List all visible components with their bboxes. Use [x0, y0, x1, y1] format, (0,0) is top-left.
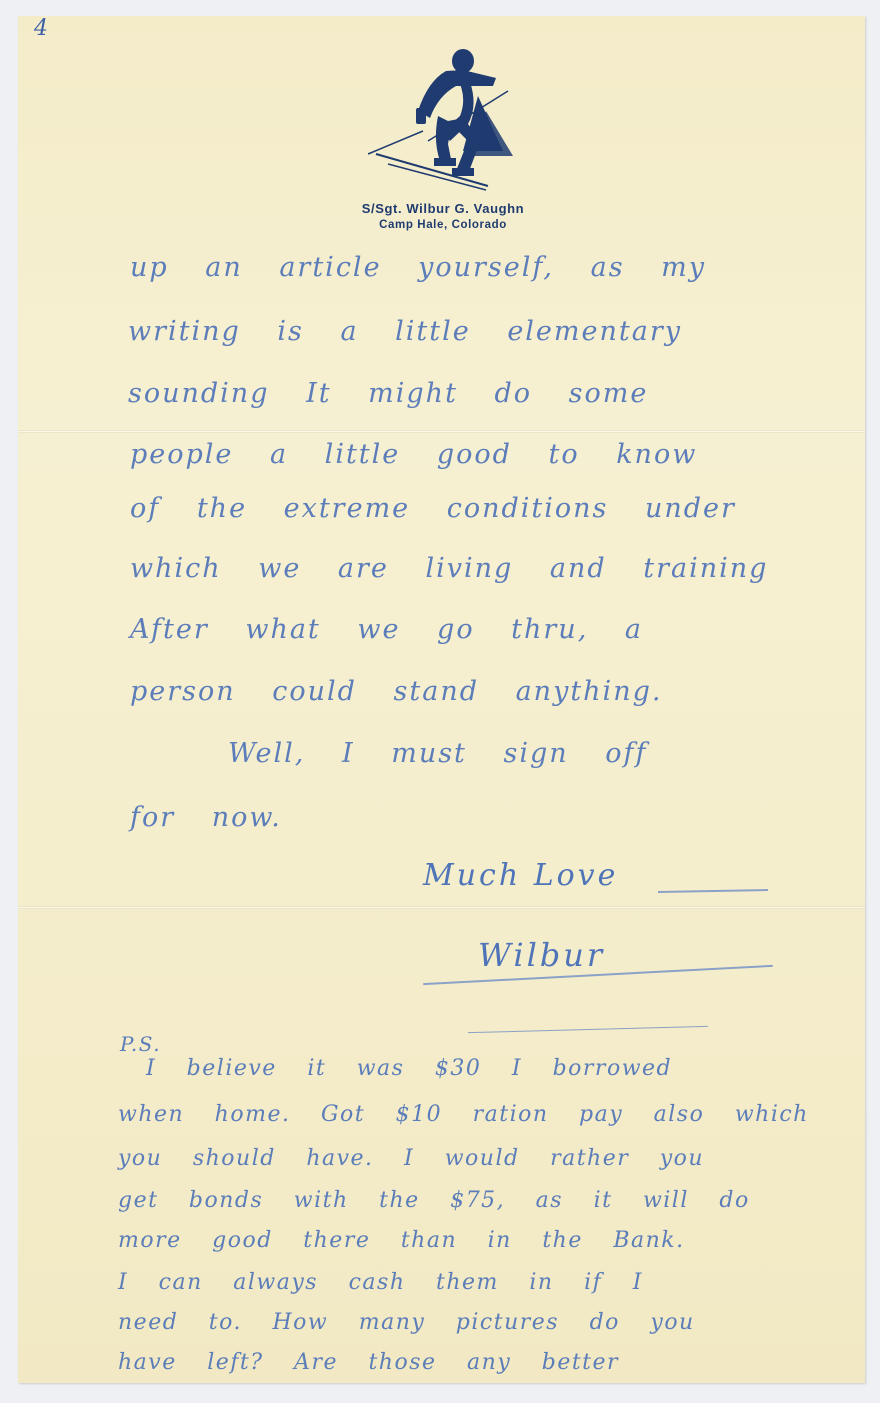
ps-pencil-stroke	[468, 1026, 708, 1033]
ps-line: when home. Got $10 ration pay also which	[118, 1102, 809, 1127]
body-line: of the extreme conditions under	[130, 493, 736, 524]
page-number: 4	[34, 16, 48, 41]
skier-icon	[368, 46, 518, 191]
body-line: which we are living and training	[130, 553, 768, 584]
ps-line: I believe it was $30 I borrowed	[146, 1056, 672, 1081]
fold-line-lower	[18, 906, 865, 909]
salutation-flourish	[658, 889, 768, 893]
letterhead-name: S/Sgt. Wilbur G. Vaughn	[308, 201, 578, 216]
body-line: After what we go thru, a	[130, 614, 643, 645]
body-line: up an article yourself, as my	[130, 252, 706, 283]
ps-line: I can always cash them in if I	[118, 1270, 643, 1295]
letterhead-location: Camp Hale, Colorado	[308, 219, 578, 231]
closing-salutation: Much Love	[423, 858, 618, 893]
ps-line: get bonds with the $75, as it will do	[118, 1188, 750, 1213]
body-line: for now.	[130, 802, 282, 833]
ps-line: more good there than in the Bank.	[118, 1228, 685, 1253]
fold-line-upper	[18, 430, 865, 433]
body-line: people a little good to know	[130, 439, 697, 470]
body-line: writing is a little elementary	[128, 316, 682, 347]
body-line: person could stand anything.	[130, 676, 662, 707]
letterhead: S/Sgt. Wilbur G. Vaughn Camp Hale, Color…	[308, 46, 578, 231]
ps-line: need to. How many pictures do you	[118, 1310, 695, 1335]
ps-label: P.S.	[120, 1032, 161, 1056]
ps-line: have left? Are those any better	[118, 1350, 619, 1375]
signature: Wilbur	[478, 936, 605, 974]
ps-line: you should have. I would rather you	[118, 1146, 704, 1171]
body-line: sounding It might do some	[128, 378, 648, 409]
body-line: Well, I must sign off	[228, 738, 647, 769]
letter-page: 4	[18, 16, 865, 1383]
